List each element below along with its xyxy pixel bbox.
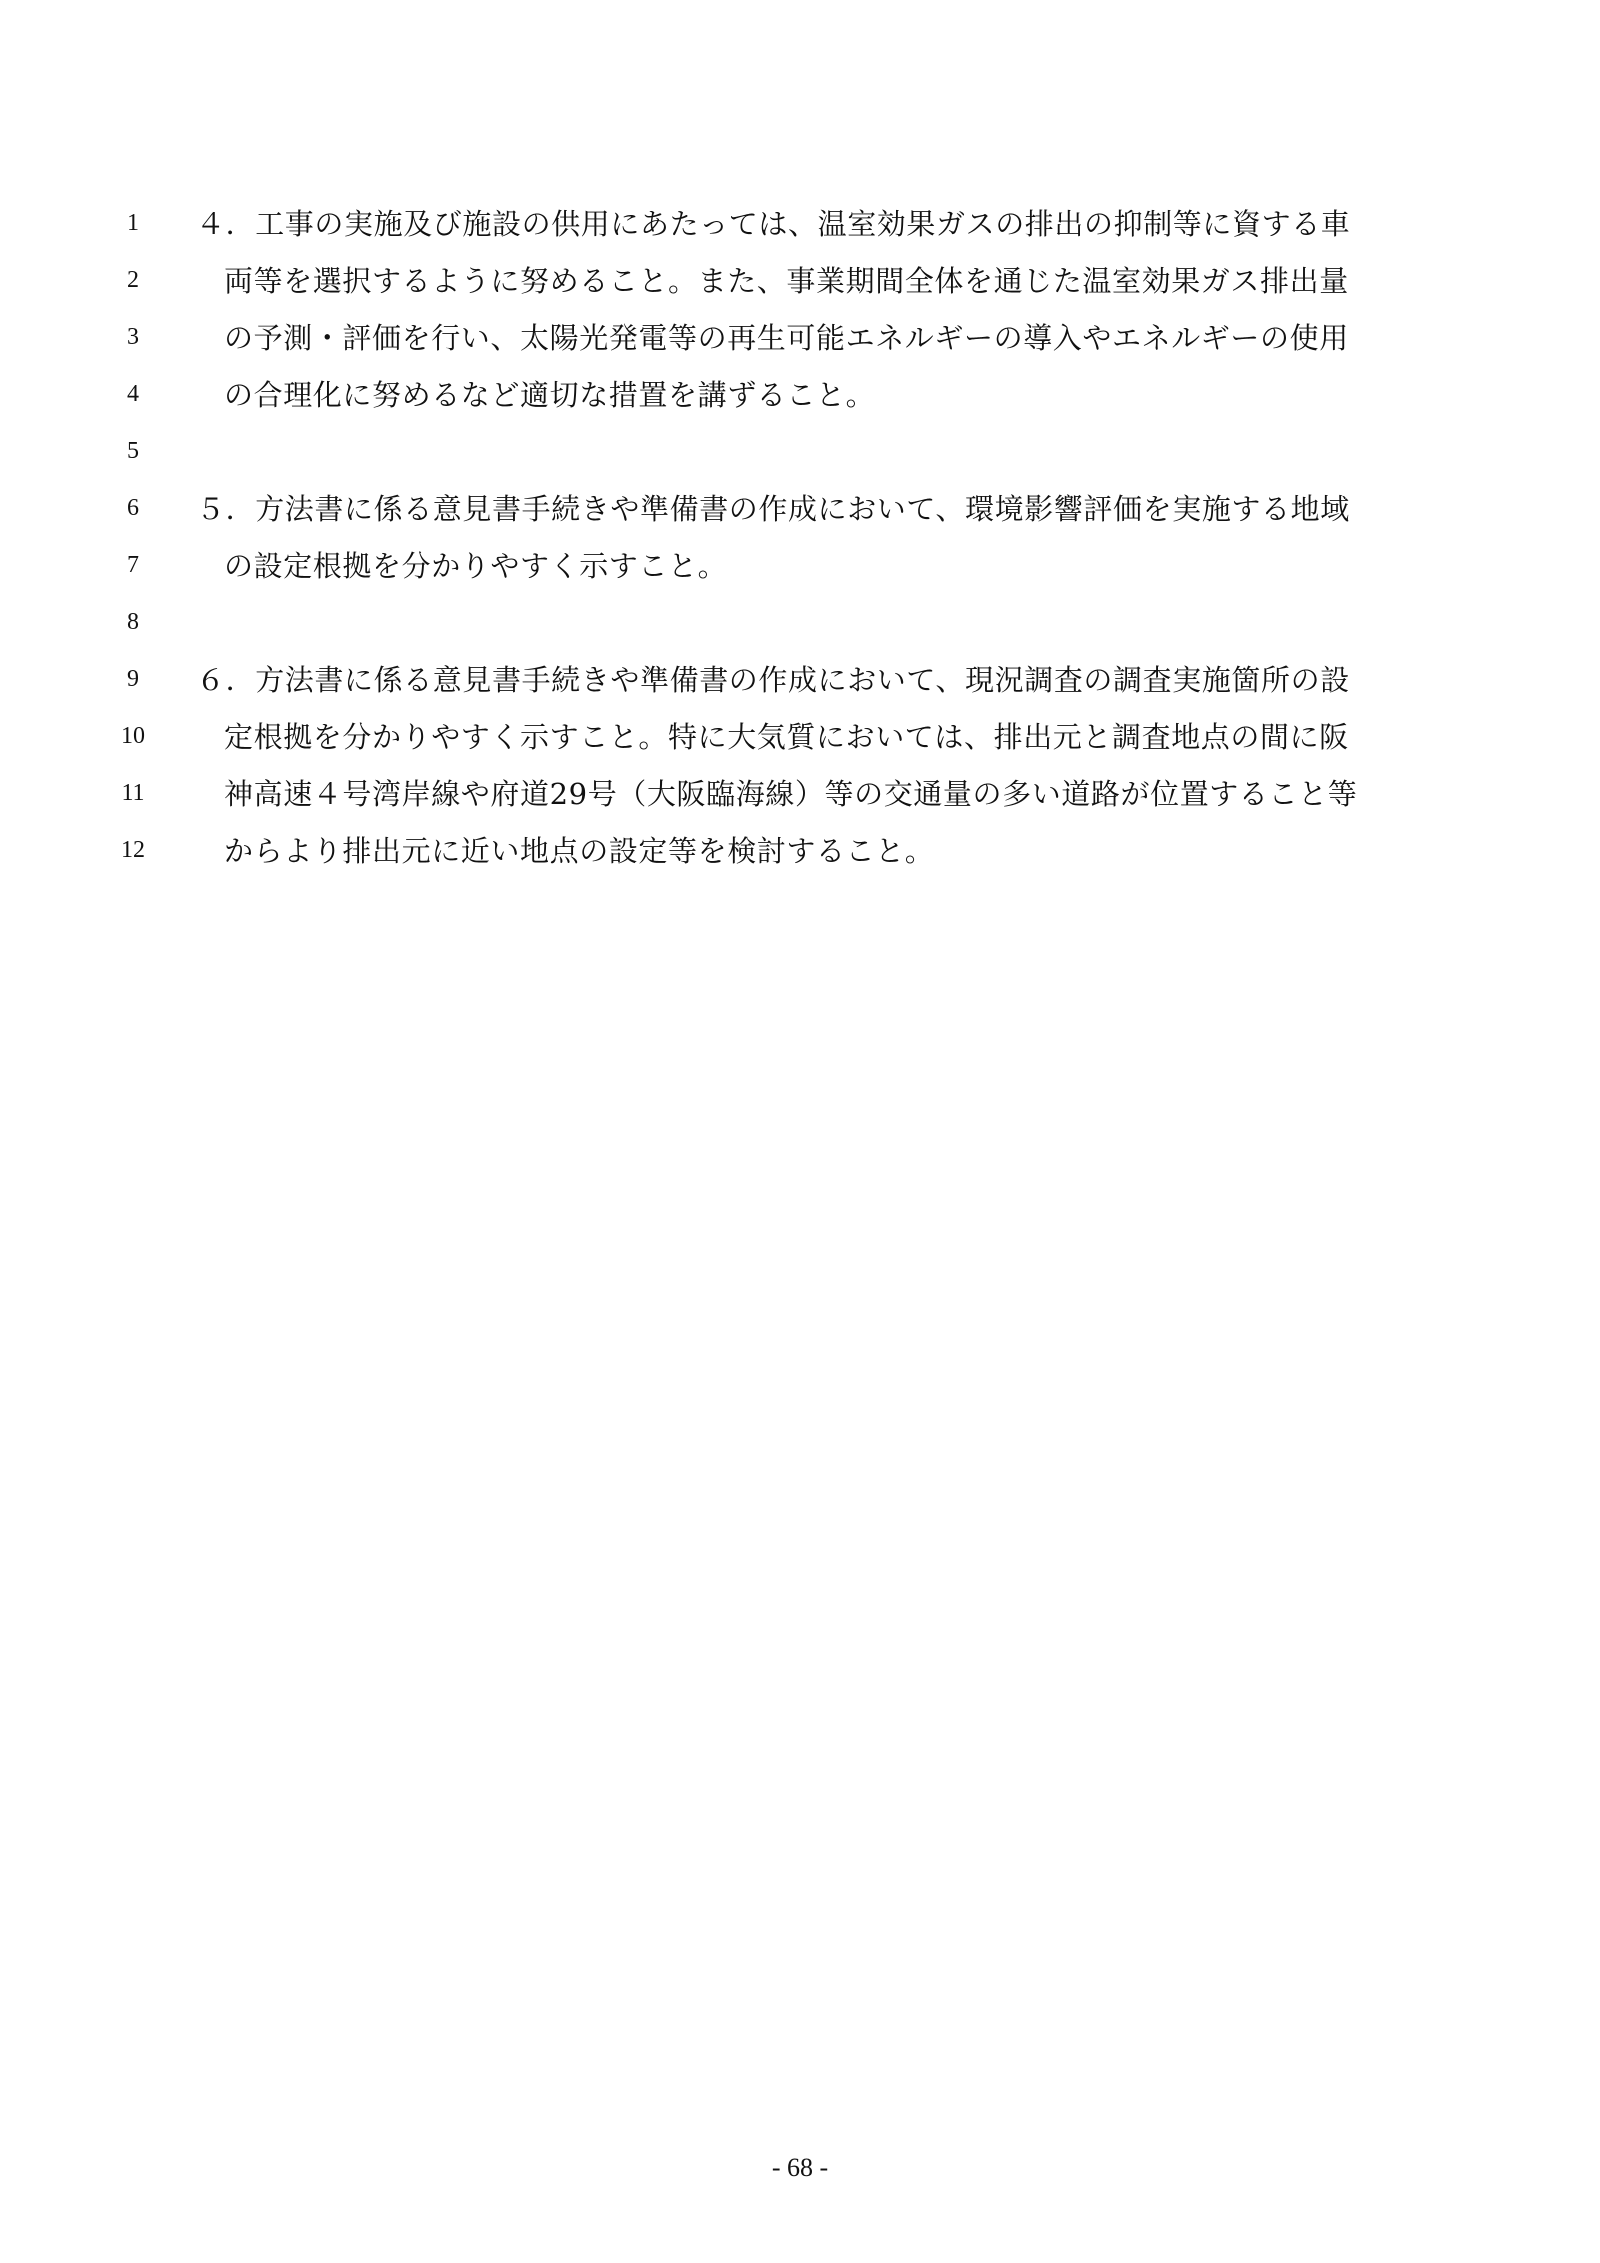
line-text: 両等を選択するように努めること。また、事業期間全体を通じた温室効果ガス排出量 bbox=[224, 261, 1349, 301]
document-line: 5 bbox=[0, 426, 1600, 483]
line-text: の設定根拠を分かりやすく示すこと。 bbox=[224, 546, 727, 586]
line-text: ４．工事の実施及び施設の供用にあたっては、温室効果ガスの排出の抑制等に資する車 bbox=[196, 204, 1350, 244]
document-line: 9 ６．方法書に係る意見書手続きや準備書の作成において、現況調査の調査実施箇所の… bbox=[0, 654, 1600, 711]
page-number: - 68 - bbox=[0, 2153, 1600, 2183]
document-line: 6 ５．方法書に係る意見書手続きや準備書の作成において、環境影響評価を実施する地… bbox=[0, 483, 1600, 540]
line-number: 10 bbox=[118, 723, 148, 750]
document-line: 10 定根拠を分かりやすく示すこと。特に大気質においては、排出元と調査地点の間に… bbox=[0, 711, 1600, 768]
line-text: ５．方法書に係る意見書手続きや準備書の作成において、環境影響評価を実施する地域 bbox=[196, 489, 1350, 529]
line-number: 1 bbox=[118, 210, 148, 237]
line-number: 11 bbox=[118, 780, 148, 807]
document-line: 7 の設定根拠を分かりやすく示すこと。 bbox=[0, 540, 1600, 597]
line-number: 12 bbox=[118, 837, 148, 864]
line-number: 5 bbox=[118, 438, 148, 465]
line-text: 神高速４号湾岸線や府道29号（大阪臨海線）等の交通量の多い道路が位置すること等 bbox=[224, 774, 1357, 814]
line-text: の合理化に努めるなど適切な措置を講ずること。 bbox=[224, 375, 875, 415]
document-line: 2 両等を選択するように努めること。また、事業期間全体を通じた温室効果ガス排出量 bbox=[0, 255, 1600, 312]
line-number: 2 bbox=[118, 267, 148, 294]
line-number: 7 bbox=[118, 552, 148, 579]
line-number: 9 bbox=[118, 666, 148, 693]
line-text: の予測・評価を行い、太陽光発電等の再生可能エネルギーの導入やエネルギーの使用 bbox=[224, 318, 1349, 358]
line-text: 定根拠を分かりやすく示すこと。特に大気質においては、排出元と調査地点の間に阪 bbox=[224, 717, 1349, 757]
line-number: 3 bbox=[118, 324, 148, 351]
document-line: 8 bbox=[0, 597, 1600, 654]
document-line: 1 ４．工事の実施及び施設の供用にあたっては、温室効果ガスの排出の抑制等に資する… bbox=[0, 198, 1600, 255]
line-text: からより排出元に近い地点の設定等を検討すること。 bbox=[224, 831, 934, 871]
line-number: 6 bbox=[118, 495, 148, 522]
document-line: 12 からより排出元に近い地点の設定等を検討すること。 bbox=[0, 825, 1600, 882]
document-line: 11 神高速４号湾岸線や府道29号（大阪臨海線）等の交通量の多い道路が位置するこ… bbox=[0, 768, 1600, 825]
document-line: 4 の合理化に努めるなど適切な措置を講ずること。 bbox=[0, 369, 1600, 426]
line-number: 4 bbox=[118, 381, 148, 408]
line-number: 8 bbox=[118, 609, 148, 636]
document-line: 3 の予測・評価を行い、太陽光発電等の再生可能エネルギーの導入やエネルギーの使用 bbox=[0, 312, 1600, 369]
line-text: ６．方法書に係る意見書手続きや準備書の作成において、現況調査の調査実施箇所の設 bbox=[196, 660, 1350, 700]
